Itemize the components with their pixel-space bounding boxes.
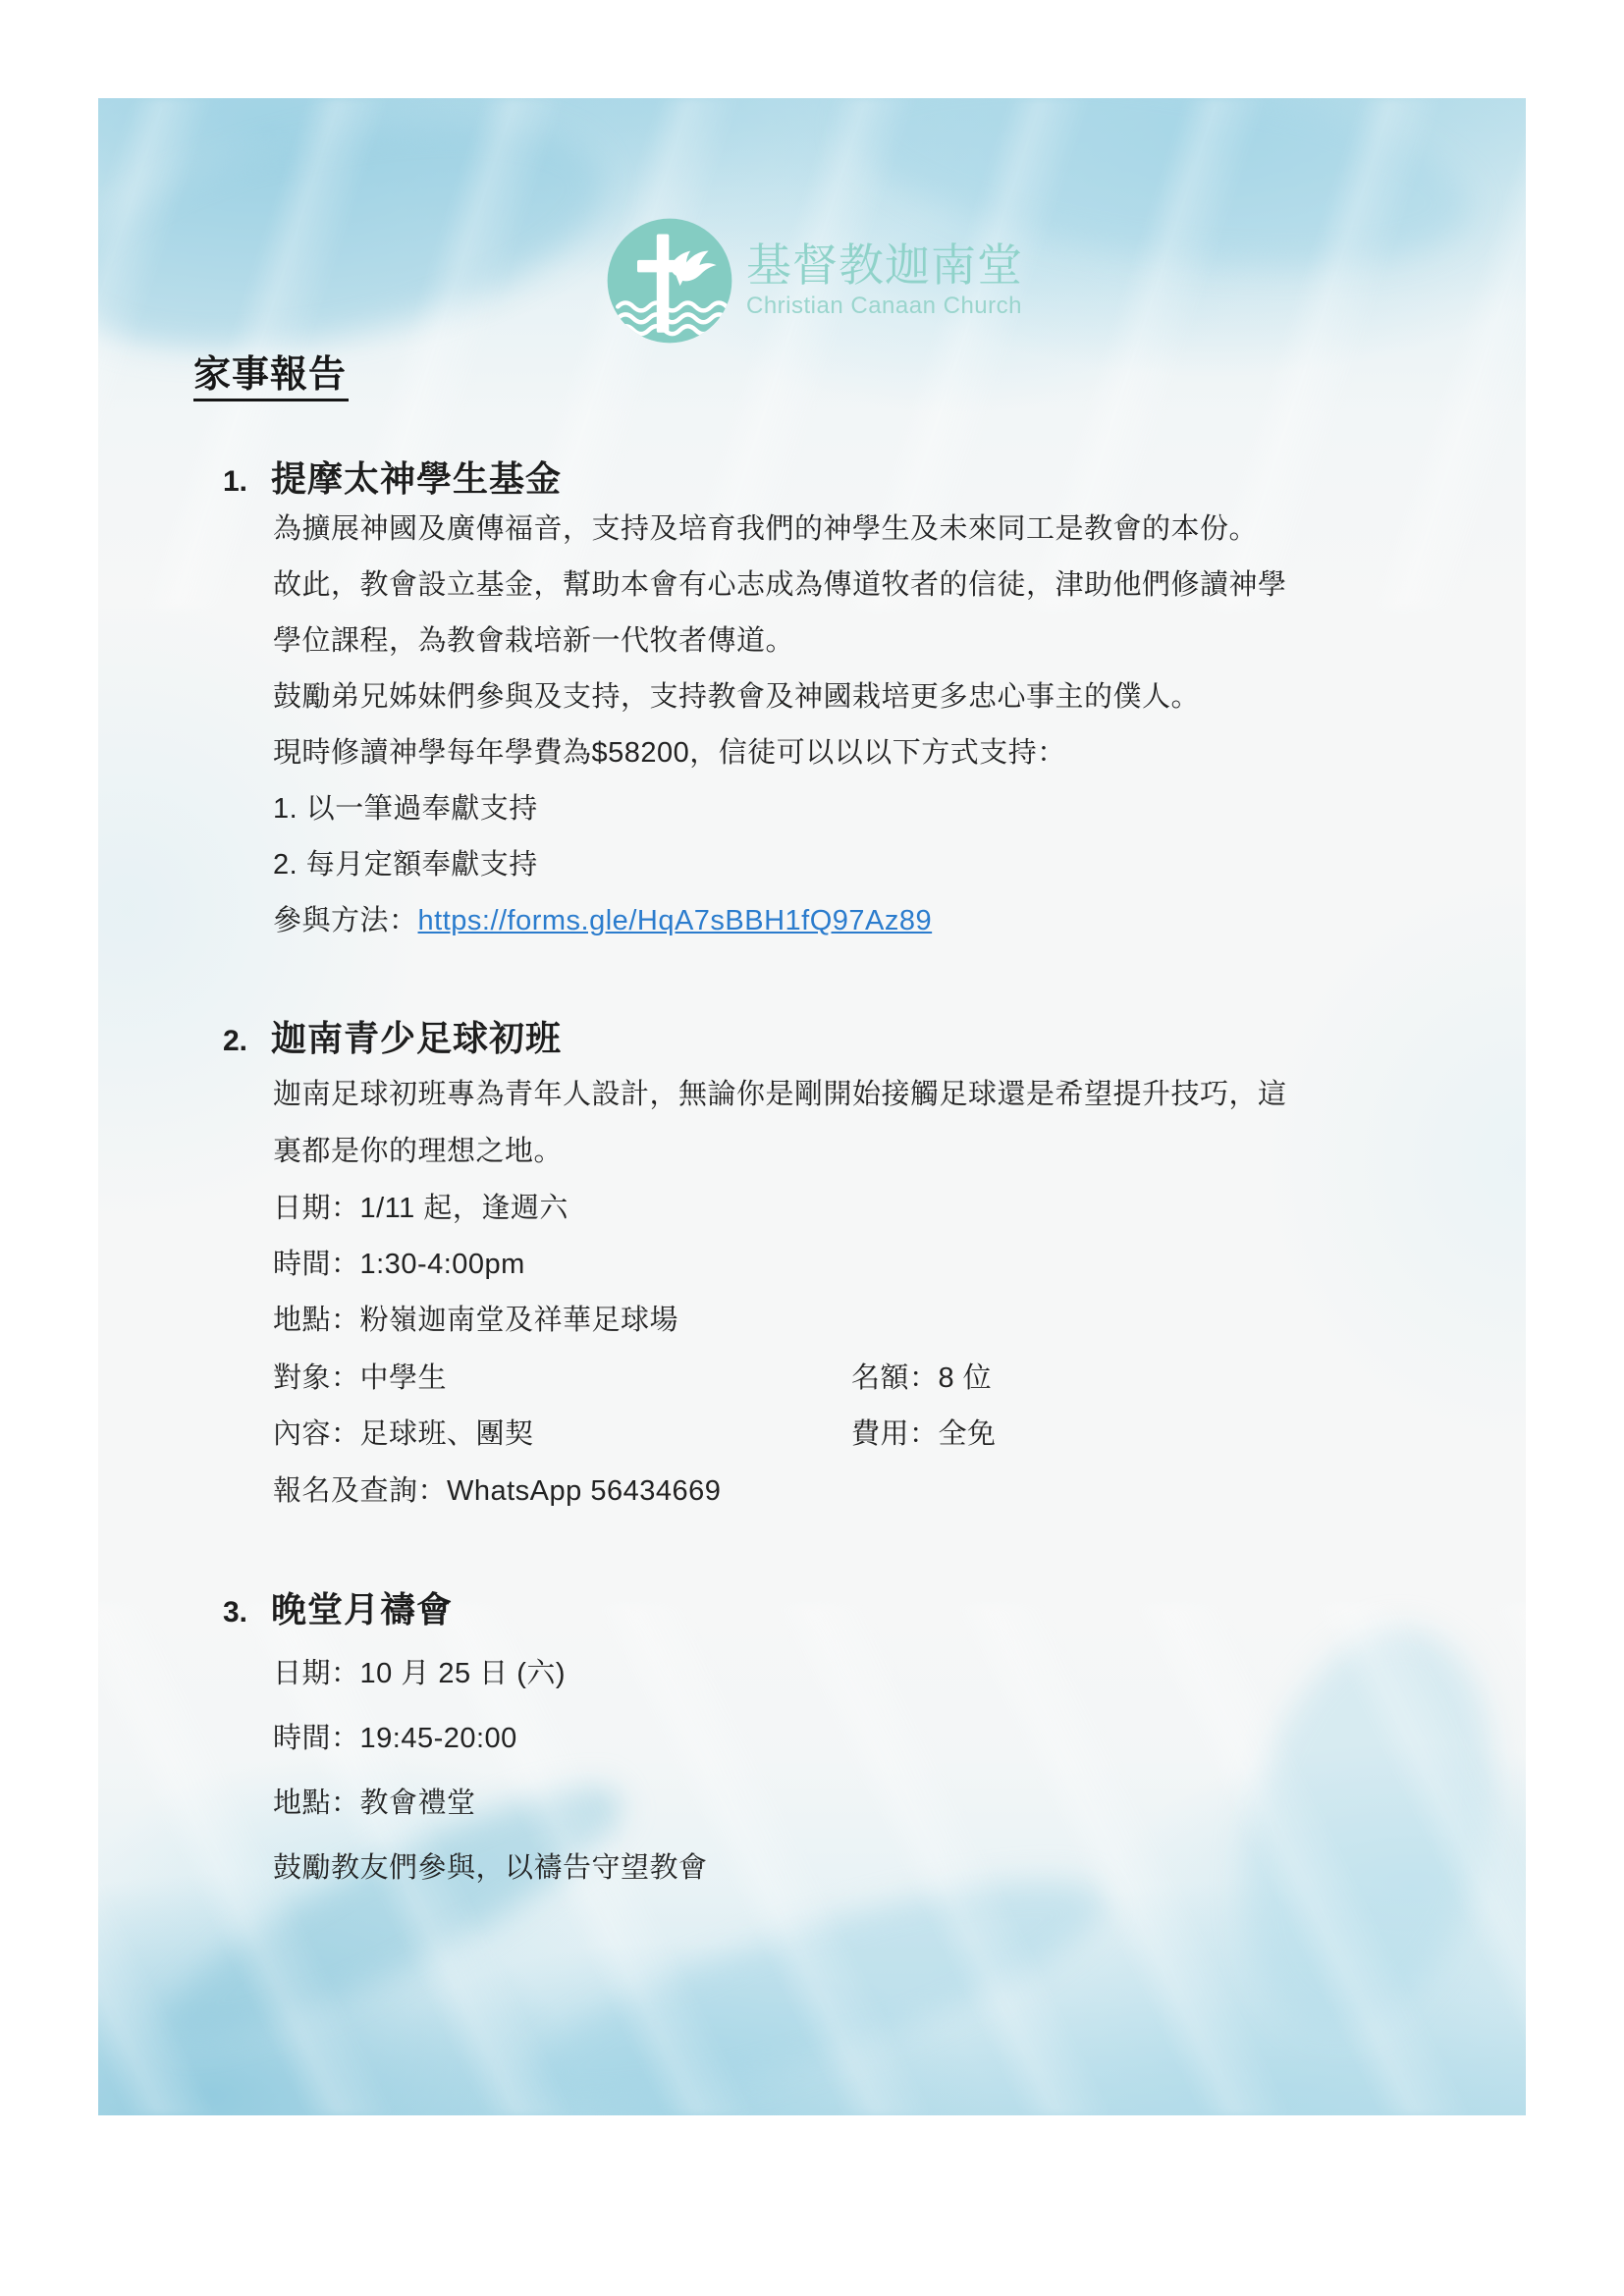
detail-target: 對象：中學生	[273, 1362, 447, 1394]
section-2-detail-row: 對象：中學生 名額：8 位	[273, 1362, 447, 1396]
section-1-text-line: 學位課程，為教會栽培新一代牧者傳道。	[273, 624, 794, 659]
page-background: 基督教迦南堂 Christian Canaan Church 家事報告 1.提摩…	[0, 0, 1624, 2296]
detail-venue: 地點：粉嶺迦南堂及祥華足球場	[273, 1305, 678, 1336]
detail-date: 日期：10 月 25 日 (六)	[273, 1658, 566, 1689]
section-2-detail-row: 地點：粉嶺迦南堂及祥華足球場	[273, 1304, 678, 1338]
section-2-text-line: 迦南足球初班專為青年人設計，無論你是剛開始接觸足球還是希望提升技巧，這	[273, 1078, 1287, 1112]
section-3-number: 3.	[223, 1598, 271, 1628]
church-name-chinese: 基督教迦南堂	[746, 242, 1023, 288]
section-2-detail-row: 日期：1/11 起，逢週六	[273, 1192, 568, 1226]
signup-label: 參與方法：	[273, 905, 418, 936]
cross-dove-waves-icon	[605, 216, 734, 346]
detail-note: 鼓勵教友們參與，以禱告守望教會	[273, 1852, 708, 1884]
section-3-title: 晚堂月禱會	[271, 1589, 453, 1629]
detail-venue: 地點：教會禮堂	[273, 1788, 476, 1819]
detail-date: 日期：1/11 起，逢週六	[273, 1193, 568, 1224]
section-2-heading: 2.迦南青少足球初班	[223, 1021, 562, 1056]
page-title: 家事報告	[193, 356, 349, 401]
detail-quota: 名額：8 位	[851, 1362, 992, 1396]
section-3-heading: 3.晚堂月禱會	[223, 1592, 453, 1628]
detail-time: 時間：1:30-4:00pm	[273, 1249, 525, 1280]
detail-content: 內容：足球班、團契	[273, 1418, 534, 1450]
section-3-detail-row: 時間：19:45-20:00	[273, 1722, 517, 1756]
church-name: 基督教迦南堂 Christian Canaan Church	[746, 216, 1023, 318]
section-2-number: 2.	[223, 1027, 271, 1056]
section-1-title: 提摩太神學生基金	[271, 458, 562, 499]
section-3-detail-row: 鼓勵教友們參與，以禱告守望教會	[273, 1851, 708, 1886]
section-2-detail-row: 時間：1:30-4:00pm	[273, 1248, 525, 1282]
detail-fee: 費用：全免	[851, 1417, 997, 1452]
section-1-list-item: 1. 以一筆過奉獻支持	[273, 792, 538, 827]
section-1-list-item: 2. 每月定額奉獻支持	[273, 848, 538, 882]
section-1-text-line: 現時修讀神學每年學費為$58200，信徒可以以以下方式支持：	[273, 736, 1066, 771]
detail-enquiry: 報名及查詢：WhatsApp 56434669	[273, 1475, 721, 1507]
section-1-text-line: 鼓勵弟兄姊妹們參與及支持，支持教會及神國栽培更多忠心事主的僕人。	[273, 680, 1200, 715]
church-name-english: Christian Canaan Church	[746, 294, 1023, 318]
section-1-text-line: 故此，教會設立基金，幫助本會有心志成為傳道牧者的信徒，津助他們修讀神學	[273, 568, 1287, 603]
section-3-detail-row: 日期：10 月 25 日 (六)	[273, 1657, 566, 1691]
section-1-text-line: 為擴展神國及廣傳福音，支持及培育我們的神學生及未來同工是教會的本份。	[273, 512, 1258, 547]
section-1-signup-line: 參與方法：https://forms.gle/HqA7sBBH1fQ97Az89	[273, 904, 932, 938]
signup-link[interactable]: https://forms.gle/HqA7sBBH1fQ97Az89	[418, 905, 933, 936]
section-2-text-line: 裏都是你的理想之地。	[273, 1135, 563, 1169]
section-3-detail-row: 地點：教會禮堂	[273, 1787, 476, 1821]
section-1-number: 1.	[223, 467, 271, 497]
announcement-sheet: 基督教迦南堂 Christian Canaan Church 家事報告 1.提摩…	[98, 98, 1526, 2115]
section-2-detail-row: 內容：足球班、團契 費用：全免	[273, 1417, 534, 1452]
church-logo: 基督教迦南堂 Christian Canaan Church	[605, 216, 1023, 346]
detail-time: 時間：19:45-20:00	[273, 1723, 517, 1754]
section-2-detail-row: 報名及查詢：WhatsApp 56434669	[273, 1474, 721, 1509]
section-1-heading: 1.提摩太神學生基金	[223, 461, 562, 497]
section-2-title: 迦南青少足球初班	[271, 1018, 562, 1058]
